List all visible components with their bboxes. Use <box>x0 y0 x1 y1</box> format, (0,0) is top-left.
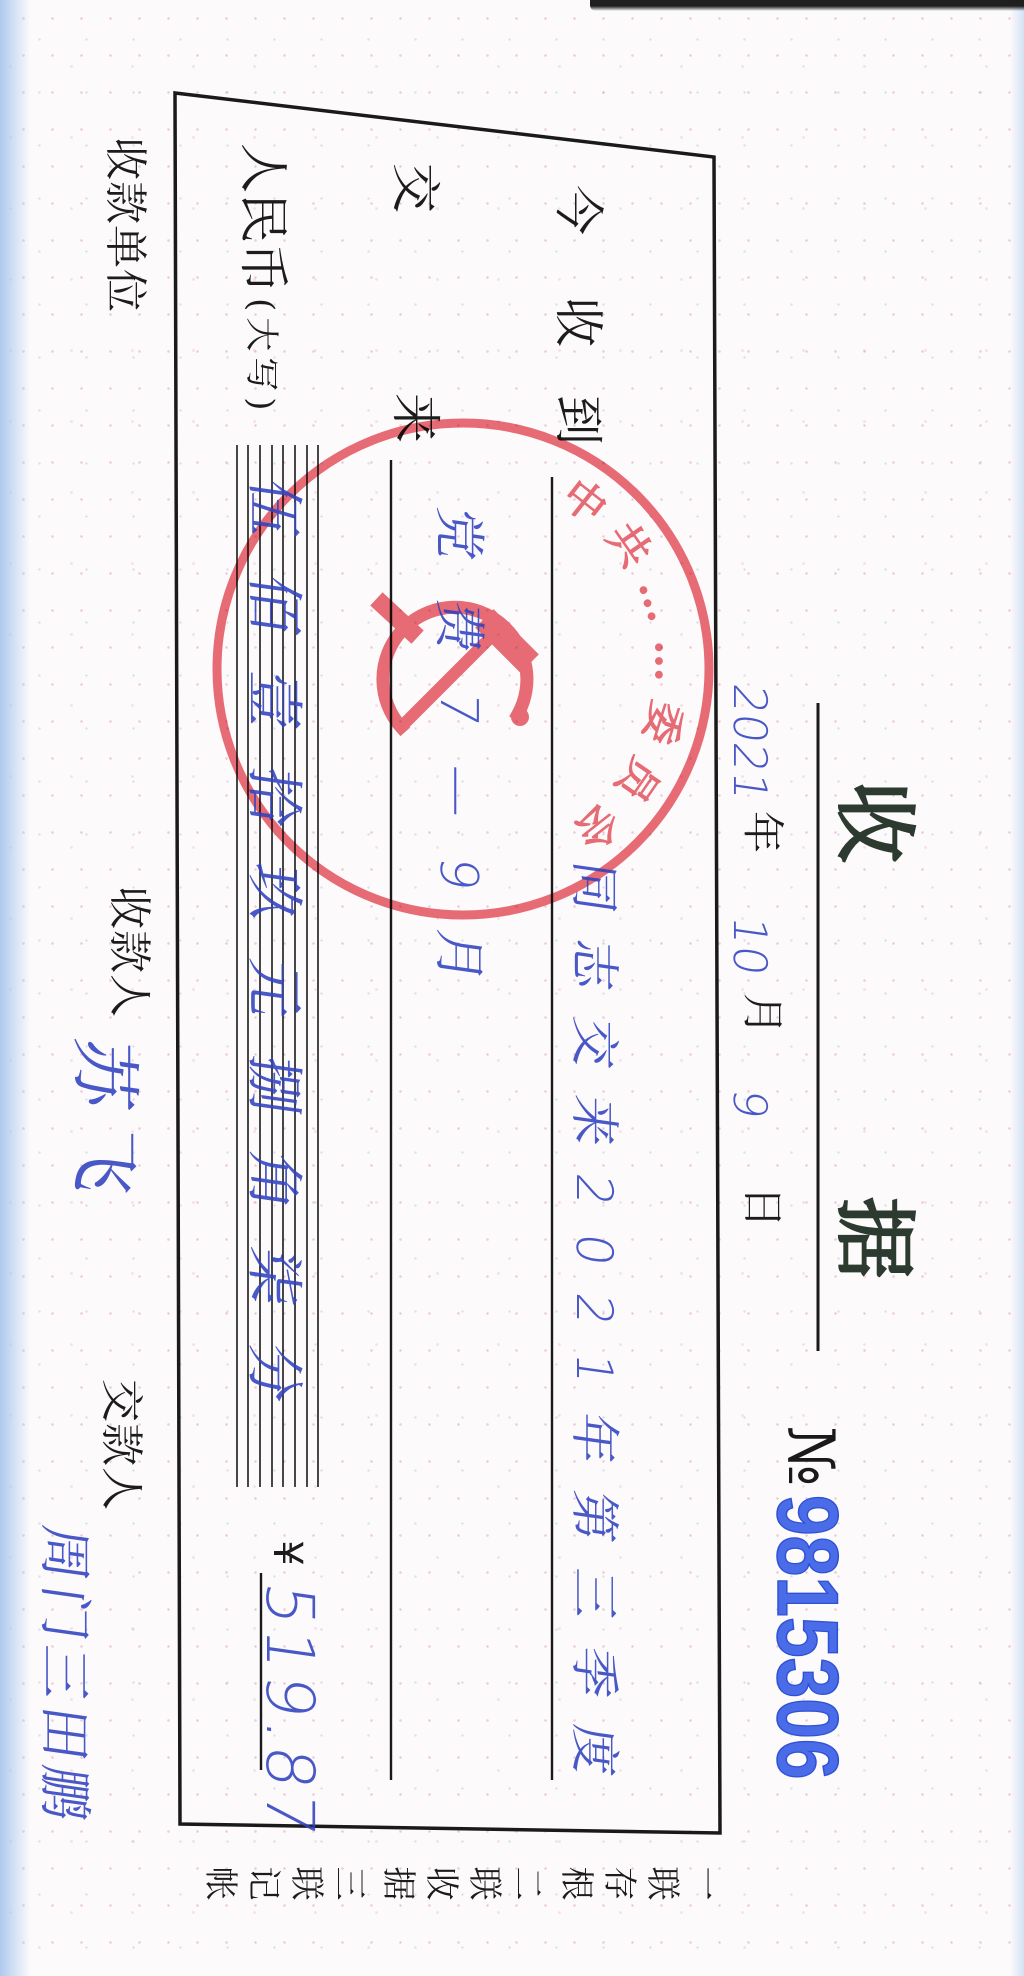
copy-label-stub: 一联存根 <box>552 1863 724 1897</box>
payer-signature: 周门三田鹏 <box>37 1522 91 1830</box>
date-day-value: 9 <box>727 1086 773 1122</box>
date-day-label: 日 <box>741 1186 783 1228</box>
seal-arc-text: 中共……委员会 <box>553 469 695 869</box>
paid-for-value: 党费7—9月 <box>432 504 484 1025</box>
currency-symbol: ¥ <box>267 1540 307 1565</box>
received-from-label-2: 收 <box>553 297 603 347</box>
payer-label: 交款人 <box>99 1379 142 1511</box>
amount-words-label: 人民币 <box>238 143 288 293</box>
amount-words-value: 伍佰壹拾玖元捌角柒分 <box>245 476 303 1444</box>
receipt-document: 收 据 № 9815306 2021 年 10 月 9 日 今 收 到 交 来 … <box>0 0 1024 1976</box>
date-month-value: 10 <box>727 913 773 978</box>
payee-unit-label: 收款单位 <box>103 137 146 313</box>
cashier-signature: 苏飞 <box>69 1034 139 1216</box>
date-year-value: 2021 <box>727 681 773 805</box>
title-char-2: 据 <box>833 1197 915 1279</box>
date-month-label: 月 <box>741 993 783 1035</box>
form-lines <box>0 0 1024 1976</box>
received-from-label-1: 今 <box>553 185 603 235</box>
title-char-1: 收 <box>833 781 915 863</box>
amount-words-note: (大写) <box>244 298 278 417</box>
cashier-label: 收款人 <box>107 886 150 1018</box>
copy-label-receipt: 二联收据 <box>374 1863 546 1897</box>
paid-for-label-1: 交 <box>390 163 440 213</box>
number-prefix: № <box>778 1426 842 1487</box>
amount-value: 519.87 <box>256 1579 322 1843</box>
serial-number: 9815306 <box>764 1495 850 1780</box>
date-year-label: 年 <box>741 811 783 853</box>
received-from-value: 同志交来2021年第三季度 <box>569 858 619 1806</box>
copy-label-accounting: 三联记帐 <box>196 1863 368 1897</box>
